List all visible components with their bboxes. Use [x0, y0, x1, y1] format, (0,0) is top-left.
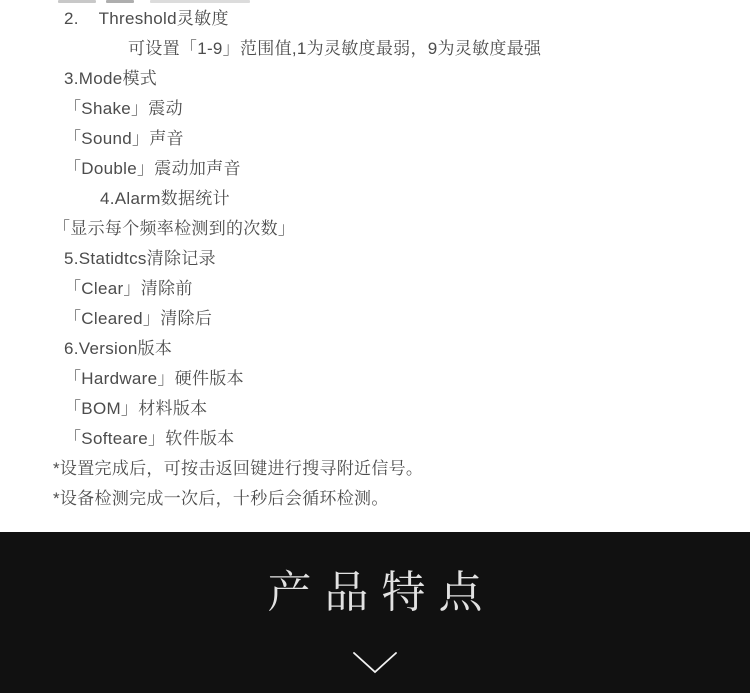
chevron-down-icon [352, 651, 398, 675]
text-fragment [58, 0, 96, 3]
instruction-line-double: 「Double」震动加声音 [0, 154, 750, 184]
instruction-line-bom: 「BOM」材料版本 [0, 394, 750, 424]
instruction-line-version: 6.Version版本 [0, 334, 750, 364]
text-fragment [106, 0, 134, 3]
instruction-line-alarm: 4.Alarm数据统计 [0, 184, 750, 214]
instruction-line-threshold-note: 可设置「1-9」范围值,1为灵敏度最弱，9为灵敏度最强 [0, 34, 750, 64]
product-description-page: 2. Threshold灵敏度 可设置「1-9」范围值,1为灵敏度最弱，9为灵敏… [0, 0, 750, 693]
instruction-line-mode: 3.Mode模式 [0, 64, 750, 94]
instruction-line-hardware: 「Hardware」硬件版本 [0, 364, 750, 394]
instruction-line-cleared: 「Cleared」清除后 [0, 304, 750, 334]
instruction-line-clear: 「Clear」清除前 [0, 274, 750, 304]
instruction-line-statistics: 5.Statidtcs清除记录 [0, 244, 750, 274]
instruction-note-loop: *设备检测完成一次后，十秒后会循环检测。 [0, 484, 750, 514]
feature-banner-title: 产品特点 [0, 568, 750, 618]
feature-banner: 产品特点 [0, 532, 750, 693]
settings-instructions: 2. Threshold灵敏度 可设置「1-9」范围值,1为灵敏度最弱，9为灵敏… [0, 4, 750, 514]
instruction-line-threshold: 2. Threshold灵敏度 [0, 4, 750, 34]
instruction-line-alarm-note: 「显示每个频率检测到的次数」 [0, 214, 750, 244]
instruction-line-shake: 「Shake」震动 [0, 94, 750, 124]
instruction-note-search: *设置完成后，可按击返回键进行搜寻附近信号。 [0, 454, 750, 484]
instruction-line-software: 「Softeare」软件版本 [0, 424, 750, 454]
text-fragment [150, 0, 250, 3]
instruction-line-sound: 「Sound」声音 [0, 124, 750, 154]
